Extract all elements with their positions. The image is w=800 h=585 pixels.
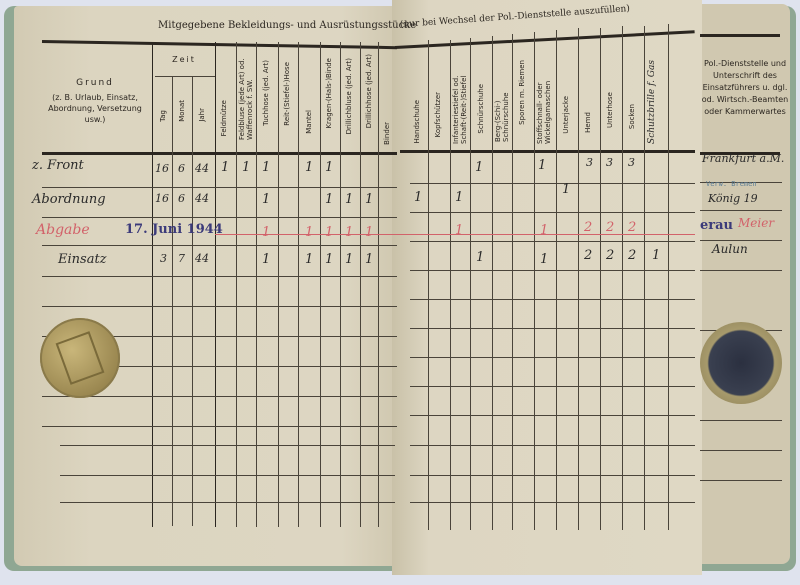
row4-kragenbinde: 1 <box>325 252 333 267</box>
coin-building-icon <box>56 331 105 385</box>
row4-socken: 2 <box>628 248 636 263</box>
row1-infanteriestiefel: 1 <box>475 160 483 175</box>
zeit-divider <box>155 76 215 77</box>
grid-hline <box>410 299 695 300</box>
row4-mantel: 1 <box>305 252 313 267</box>
grid-vline <box>668 24 669 530</box>
grid-vline <box>215 42 216 527</box>
row1-signature: Frankfurt a.M. <box>702 152 784 165</box>
col-hemd: Hemd <box>584 112 592 133</box>
col-infanteriestiefel: Infanteriestiefel od. Schaft-(Reit-)Stie… <box>452 52 468 144</box>
col-reithose: Reit-(Stiefel-)Hose <box>283 62 291 126</box>
grid-vline <box>256 42 257 527</box>
header-left-title: Mitgegebene Bekleidungs- und Ausrüstungs… <box>158 20 416 31</box>
row1-grund: z. Front <box>32 158 84 173</box>
row3-hemd: 2 <box>584 220 592 235</box>
bimetal-coin <box>700 322 782 404</box>
grid-hline <box>60 445 395 446</box>
grid-hline <box>42 187 397 188</box>
grid-vline <box>378 42 379 527</box>
row1-tag: 16 <box>155 162 169 175</box>
col-jahr: Jahr <box>198 108 206 122</box>
row3-unterhose: 2 <box>606 220 614 235</box>
row2-tag: 16 <box>155 192 169 205</box>
grid-vline <box>644 26 645 530</box>
row3-kragenbinde: 1 <box>325 225 333 240</box>
row2-handschuhe: 1 <box>414 190 422 205</box>
row4-tag: 3 <box>160 252 167 265</box>
row3-socken: 2 <box>628 220 636 235</box>
grid-hline <box>60 475 395 476</box>
grid-vline <box>492 36 493 530</box>
row3-drillichbluse: 1 <box>345 225 353 240</box>
grid-vline <box>556 30 557 530</box>
col-mantel: Mantel <box>305 110 313 134</box>
row1-feldmuetze: 1 <box>221 160 229 175</box>
grid-vline <box>578 28 579 530</box>
grid-hline <box>410 386 695 387</box>
left-page <box>14 6 399 566</box>
row2-unterjacke: 1 <box>562 182 570 197</box>
row1-jahr: 44 <box>195 162 209 175</box>
row3-signature: Meier <box>738 216 774 230</box>
row4-tuchhose: 1 <box>262 252 270 267</box>
grid-vline <box>172 76 173 526</box>
grund-subtitle: (z. B. Urlaub, Einsatz, Abordnung, Verse… <box>40 92 150 125</box>
grid-hline <box>700 420 782 421</box>
row1-hemd: 3 <box>586 156 593 169</box>
grid-hline <box>42 276 397 277</box>
row2-infanteriestiefel: 1 <box>455 190 463 205</box>
grid-hline <box>700 450 782 451</box>
col-tuchhose: Tuchhose (jed. Art) <box>262 60 270 126</box>
row3-infanteriestiefel: 1 <box>455 223 463 238</box>
row1-feldbluse: 1 <box>242 160 250 175</box>
col-binder: Binder <box>383 122 391 145</box>
row4-monat: 7 <box>178 252 185 265</box>
grid-hline <box>42 245 397 246</box>
header-bottom-rule-right <box>400 150 695 153</box>
row2-drillichbluse: 1 <box>345 192 353 207</box>
row4-drillichbluse: 1 <box>345 252 353 267</box>
row4-extra: 1 <box>652 248 660 263</box>
grid-hline <box>700 210 782 211</box>
grid-vline <box>152 42 153 527</box>
grid-hline <box>410 475 695 476</box>
grid-hline <box>60 502 395 503</box>
col-kragenbinde: Kragen-(Hals-)Binde <box>325 58 333 129</box>
row4-signature: Aulun <box>712 242 748 256</box>
row4-unterhose: 2 <box>606 248 614 263</box>
row3-sporen: 1 <box>540 223 548 238</box>
grid-vline <box>340 42 341 527</box>
col-bergschuhe: Berg-(Schi-) Schnürschuhe <box>494 78 510 142</box>
header-bottom-rule-left <box>42 152 397 155</box>
row1-kragenbinde: 1 <box>325 160 333 175</box>
gold-coin <box>40 318 120 398</box>
grid-hline <box>42 217 397 218</box>
grid-hline <box>410 212 695 213</box>
grid-vline <box>534 32 535 530</box>
row3-mantel: 1 <box>305 225 313 240</box>
grid-vline <box>298 42 299 527</box>
grid-hline <box>42 306 397 307</box>
col-drillichbluse: Drillichbluse (jed. Art) <box>345 58 353 134</box>
grid-hline <box>410 241 695 242</box>
row4-grund: Einsatz <box>58 252 107 267</box>
grid-vline <box>236 42 237 527</box>
row1-socken: 3 <box>628 156 635 169</box>
row2-grund: Abordnung <box>32 192 106 207</box>
col-feldbluse: Feldbluse (jede Art) od. Waffenrock f. S… <box>238 50 254 140</box>
row1-unterhose: 3 <box>606 156 613 169</box>
col-schnuerschuhe: Schnürschuhe <box>477 84 485 134</box>
grid-hline <box>700 240 782 241</box>
grid-vline <box>320 42 321 527</box>
row2-signature: König 19 <box>708 192 758 205</box>
header-rule-flap <box>700 34 780 37</box>
row3-tuchhose: 1 <box>262 225 270 240</box>
grid-hline <box>700 270 782 271</box>
col-sporen: Sporen m. Riemen <box>518 60 526 125</box>
row4-hemd: 2 <box>584 248 592 263</box>
grid-vline <box>192 76 193 526</box>
grid-vline <box>512 34 513 530</box>
grid-vline <box>450 40 451 530</box>
grid-vline <box>600 28 601 530</box>
grid-vline <box>428 40 429 530</box>
stamp-purple: erau <box>700 218 733 233</box>
col-unterjacke: Unterjacke <box>562 96 570 134</box>
row2-drillichhose: 1 <box>365 192 373 207</box>
row4-jahr: 44 <box>195 252 209 265</box>
col-kopfschuetzer: Kopfschützer <box>434 92 442 137</box>
grid-hline <box>410 502 695 503</box>
row2-kragenbinde: 1 <box>325 192 333 207</box>
stamp-verwaltung: Verw. Bremen <box>706 180 757 188</box>
col-handwritten-extra: Schutzbrille f. Gas <box>648 60 656 144</box>
row4-sporen: 1 <box>540 252 548 267</box>
grid-vline <box>470 38 471 530</box>
row1-mantel: 1 <box>305 160 313 175</box>
grid-vline <box>622 26 623 530</box>
grid-hline <box>42 426 397 427</box>
col-socken: Socken <box>628 104 636 129</box>
grid-hline <box>410 328 695 329</box>
row4-drillichhose: 1 <box>365 252 373 267</box>
col-gamaschen: Stoffschnall- oder Wickelgamaschen <box>536 52 552 144</box>
col-tag: Tag <box>159 110 167 122</box>
grid-hline <box>410 183 695 184</box>
grid-vline <box>360 42 361 527</box>
col-monat: Monat <box>178 100 186 122</box>
grid-hline <box>410 415 695 416</box>
signature-header: Pol.-Dienststelle und Unterschrift des E… <box>700 58 790 118</box>
col-drillichhose: Drillichhose (jed. Art) <box>365 54 373 128</box>
row3-grund: Abgabe <box>36 222 90 238</box>
row1-monat: 6 <box>178 162 185 175</box>
col-feldmuetze: Feldmütze <box>220 100 228 136</box>
row2-jahr: 44 <box>195 192 209 205</box>
grid-vline <box>278 42 279 527</box>
grid-hline <box>42 396 397 397</box>
date-stamp: 17. Juni 1944 <box>125 222 223 237</box>
zeit-header: Zeit <box>155 54 213 65</box>
row2-tuchhose: 1 <box>262 192 270 207</box>
row1-sporen: 1 <box>538 158 546 173</box>
grid-hline <box>410 357 695 358</box>
grid-hline <box>410 445 695 446</box>
row3-drillichhose: 1 <box>365 225 373 240</box>
grid-hline <box>700 480 782 481</box>
row2-monat: 6 <box>178 192 185 205</box>
col-handschuhe: Handschuhe <box>413 100 421 144</box>
row1-tuchhose: 1 <box>262 160 270 175</box>
row4-schnuerschuhe: 1 <box>476 250 484 265</box>
grid-hline <box>410 270 695 271</box>
grund-header: Grund <box>40 78 150 89</box>
col-unterhose: Unterhose <box>606 92 614 128</box>
